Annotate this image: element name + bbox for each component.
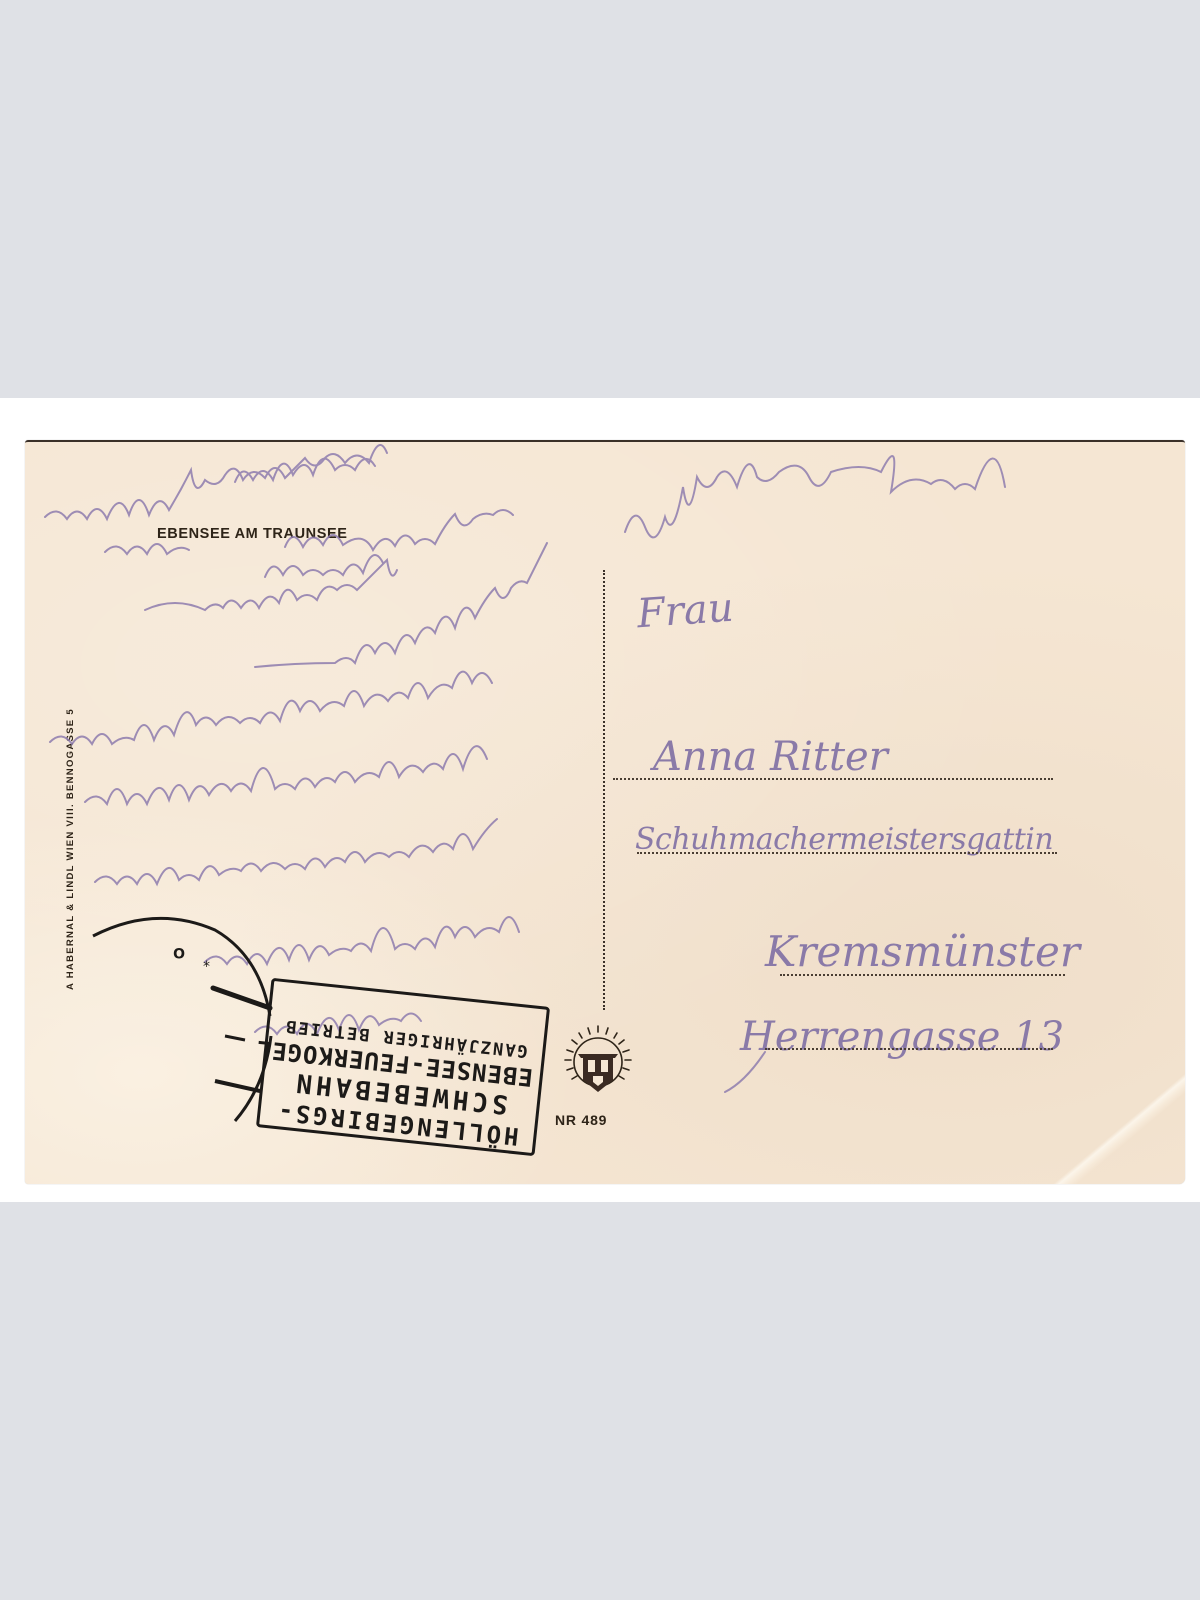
postcard-back: EBENSEE AM TRAUNSEE A HABERNAL & LINDL W… [25,440,1185,1184]
address-recipient: Anna Ritter [653,734,888,780]
address-divider [603,570,605,1010]
address-street: Herrengasse 13 [740,1014,1064,1060]
address-line-2 [637,852,1057,854]
address-line-3 [780,974,1065,976]
address-town: Kremsmünster [765,927,1080,976]
address-salutation: Frau [636,585,735,638]
svg-text:O: O [173,944,185,960]
card-number: NR 489 [555,1112,607,1128]
address-line-4 [765,1048,1053,1050]
tourist-cachet-stamp: HÖLLENGEBIRGS- SCHWEBEBAHN EBENSEE-FEUER… [256,978,550,1156]
sun-shield-logo-icon [553,1022,643,1102]
address-line-1 [613,778,1053,780]
svg-text:*: * [203,959,210,975]
